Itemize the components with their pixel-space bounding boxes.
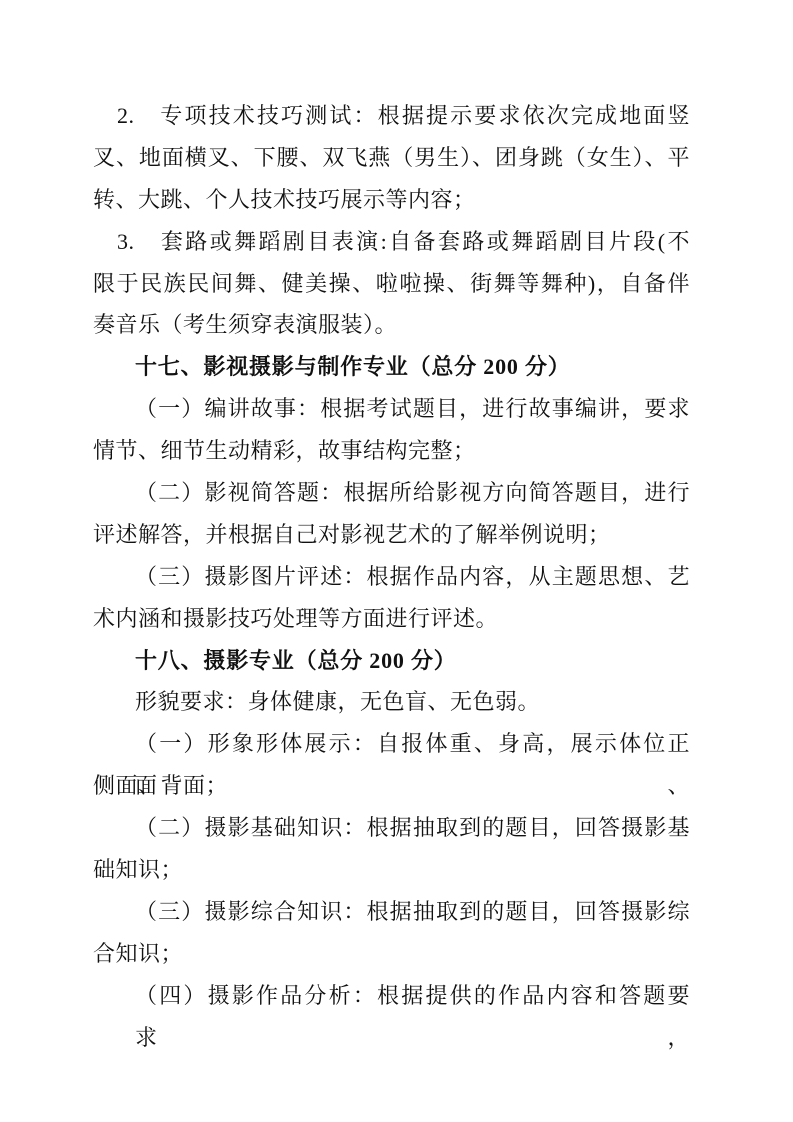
text-line: 3. 套路或舞蹈剧目表演:自备套路或舞蹈剧目片段(不 xyxy=(93,221,690,263)
document-page: 2. 专项技术技巧测试：根据提示要求依次完成地面竖 叉、地面横叉、下腰、双飞燕（… xyxy=(0,0,793,1122)
text-line: 评述解答，并根据自己对影视艺术的了解举例说明； xyxy=(93,514,690,556)
text-line: （二）影视简答题：根据所给影视方向简答题目，进行 xyxy=(93,472,690,514)
text-line: （四）摄影作品分析：根据提供的作品内容和答题要求， xyxy=(93,975,690,1017)
text-line: 叉、地面横叉、下腰、双飞燕（男生）、团身跳（女生）、平 xyxy=(93,137,690,179)
text-line: 情节、细节生动精彩，故事结构完整； xyxy=(93,430,690,472)
text-line: 础知识； xyxy=(93,849,690,891)
text-line: 限于民族民间舞、健美操、啦啦操、街舞等舞种)，自备伴 xyxy=(93,263,690,305)
text-line: （二）摄影基础知识：根据抽取到的题目，回答摄影基 xyxy=(93,807,690,849)
text-line: 形貌要求：身体健康，无色盲、无色弱。 xyxy=(93,681,690,723)
section-heading-17: 十七、影视摄影与制作专业（总分 200 分） xyxy=(93,346,690,388)
document-text-block: 2. 专项技术技巧测试：根据提示要求依次完成地面竖 叉、地面横叉、下腰、双飞燕（… xyxy=(93,95,690,1017)
text-line: 合知识； xyxy=(93,933,690,975)
text-line: 2. 专项技术技巧测试：根据提示要求依次完成地面竖 xyxy=(93,95,690,137)
text-line: （一）编讲故事：根据考试题目，进行故事编讲，要求 xyxy=(93,388,690,430)
section-heading-18: 十八、摄影专业（总分 200 分） xyxy=(93,640,690,682)
text-line: （一）形象形体展示：自报体重、身高，展示体位正面、 xyxy=(93,723,690,765)
text-line: （三）摄影综合知识：根据抽取到的题目，回答摄影综 xyxy=(93,891,690,933)
text-line: （三）摄影图片评述：根据作品内容，从主题思想、艺 xyxy=(93,556,690,598)
text-line: 转、大跳、个人技术技巧展示等内容； xyxy=(93,179,690,221)
text-line: 奏音乐（考生须穿表演服装）。 xyxy=(93,304,690,346)
text-line: 术内涵和摄影技巧处理等方面进行评述。 xyxy=(93,598,690,640)
